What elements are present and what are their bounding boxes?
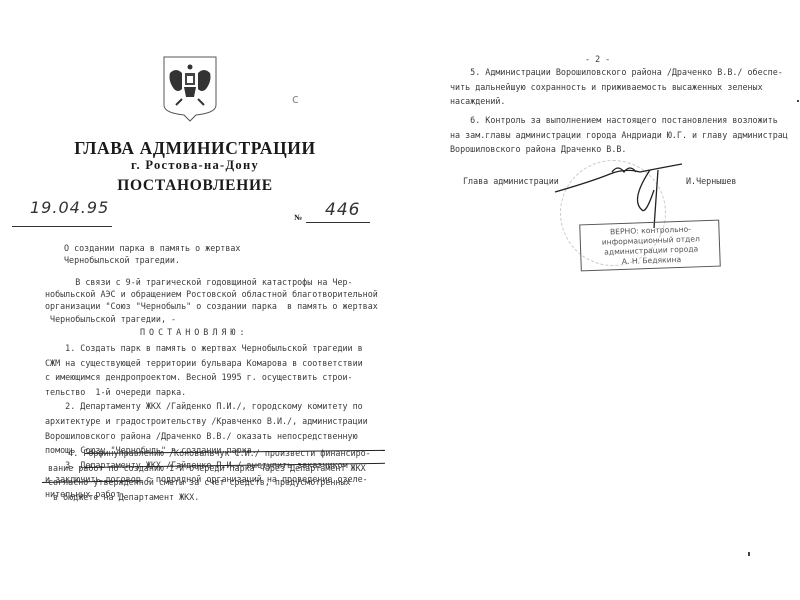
date-line [12, 226, 112, 227]
preamble-paragraph: В связи с 9-й трагической годовщиной кат… [45, 276, 378, 325]
authority-title: ГЛАВА АДМИНИСТРАЦИИ [0, 138, 390, 159]
signature-scribble [550, 160, 690, 230]
signatory-name: И.Чернышев [686, 174, 736, 189]
number-line [306, 222, 370, 223]
handwritten-number: 446 [325, 200, 360, 220]
decree-item-4: 4. Горфинуправлению /Коновальчук С.И./ п… [48, 446, 371, 504]
decree-heading: ПОСТАНОВЛЯЮ: [140, 325, 249, 340]
document-subject: О создании парка в память о жертвах Черн… [64, 243, 240, 266]
signature-label: Глава администрации [463, 174, 559, 189]
handwritten-date: 19.04.95 [30, 198, 109, 217]
scan-artifact [748, 552, 750, 556]
document-type: ПОСТАНОВЛЕНИЕ [0, 177, 390, 195]
stamp-text: ВЕРНО: контрольно- информационный отдел … [588, 224, 713, 268]
decree-item-1: 1. Создать парк в память о жертвах Черно… [45, 343, 363, 397]
pencil-mark: с [292, 92, 299, 106]
scan-artifact [797, 100, 799, 102]
decree-item-5: 5. Администрации Ворошиловского района /… [450, 65, 783, 109]
decree-item-6: 6. Контроль за выполнением настоящего по… [450, 113, 788, 157]
coat-of-arms-icon [162, 55, 218, 123]
page-one: с ГЛАВА АДМИНИСТРАЦИИ г. Ростова-на-Дону… [0, 0, 410, 600]
page-two: - 2 - 5. Администрации Ворошиловского ра… [410, 0, 800, 600]
certification-stamp: ВЕРНО: контрольно- информационный отдел … [579, 220, 721, 272]
city-name: г. Ростова-на-Дону [0, 158, 390, 173]
number-label: № [294, 213, 302, 222]
